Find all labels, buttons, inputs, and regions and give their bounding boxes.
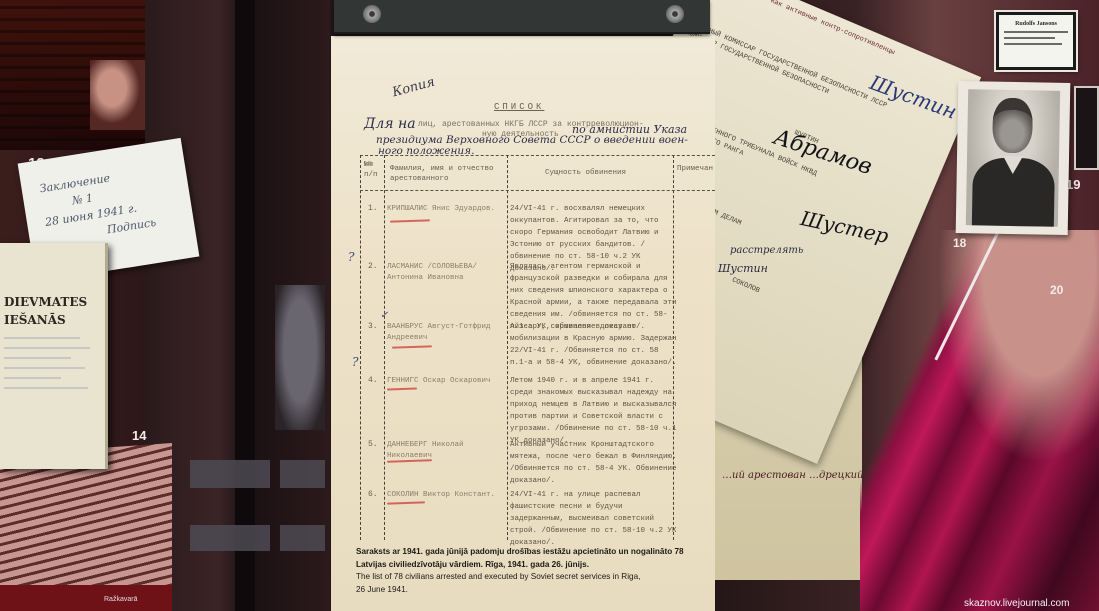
- death-notice-card: Rudolfs Jansons: [996, 12, 1076, 70]
- rivet-icon: [666, 5, 684, 23]
- row-number: 3.: [368, 322, 378, 331]
- row-name: ДАННЕБЕРГ Николай Николаевич: [387, 440, 507, 462]
- background-label-box: [190, 460, 270, 488]
- row-number: 2.: [368, 262, 378, 271]
- table-divider: [507, 155, 508, 540]
- exhibit-photo: Ražkavarā 12 14 Заключение № 1 28 июня 1…: [0, 0, 1099, 611]
- row-number: 5.: [368, 440, 378, 449]
- handwriting-line: [4, 357, 71, 359]
- caption-latvian: Saraksts ar 1941. gada jūnijā padomju dr…: [356, 546, 701, 571]
- row-name: ВААНБРУС Август-Готфрид Андреевич: [387, 322, 507, 344]
- handwritten-note: расстрелять: [730, 245, 803, 256]
- booklet-title-line: DIEVMATES: [4, 293, 99, 311]
- handwriting-line: [4, 387, 88, 389]
- exhibit-number: 14: [132, 428, 146, 443]
- row-charge: Летом 1940 г. и в апреле 1941 г. среди з…: [510, 375, 680, 447]
- row-charge: 24/VI-41 г. на улице распевал фашистские…: [510, 489, 680, 549]
- table-header-num: №№ п/п: [364, 160, 384, 180]
- portrait-photo: [956, 81, 1071, 235]
- old-booklet: DIEVMATES IEŠANĀS: [0, 243, 108, 469]
- background-photo-brick-wall: [0, 0, 145, 150]
- handwriting-line: [4, 367, 85, 369]
- handwriting-line: [4, 377, 61, 379]
- rivet-icon: [363, 5, 381, 23]
- row-charge: Активный участник Кронштадтского мятежа,…: [510, 439, 680, 487]
- background-label-box: [190, 525, 270, 551]
- row-number: 1.: [368, 204, 378, 213]
- document-heading: СПИСОК: [494, 102, 544, 112]
- margin-question-mark: ?: [352, 355, 358, 369]
- caption-english: The list of 78 civilians arrested and ex…: [356, 571, 701, 584]
- background-label-box: [280, 525, 325, 551]
- row-name: ГЕННИГС Оскар Оскарович: [387, 376, 507, 387]
- photo-frame-partial: [1074, 86, 1099, 170]
- watermark: skaznov.livejournal.com: [964, 598, 1069, 609]
- text-line: [1004, 37, 1055, 39]
- background-red-strip: [0, 585, 172, 611]
- table-divider: [360, 155, 361, 540]
- row-name: ЛАСМАНИС /СОЛОВЬЕВА/ Антонина Ивановна: [387, 262, 507, 284]
- table-header-note: Примечан: [677, 164, 713, 174]
- typed-text: СОКОЛОВ: [731, 276, 761, 295]
- caption-english: 26 June 1941.: [356, 584, 701, 597]
- background-small-caption: Ražkavarā: [104, 596, 137, 603]
- margin-check-mark: ✓: [380, 310, 388, 321]
- table-header-name: Фамилия, имя и отчество арестованного: [390, 164, 505, 184]
- handwriting-line: [4, 337, 80, 339]
- background-portrait-face: [275, 285, 325, 430]
- table-header-charge: Сущность обвинения: [545, 168, 626, 178]
- background-label-box: [280, 460, 325, 488]
- row-number: 4.: [368, 376, 378, 385]
- text-line: [1004, 31, 1068, 33]
- exhibit-caption: Saraksts ar 1941. gada jūnijā padomju dr…: [356, 546, 701, 596]
- text-line: [1004, 43, 1062, 45]
- death-notice-name: Rudolfs Jansons: [1004, 21, 1068, 27]
- handwriting-line: [4, 347, 90, 349]
- margin-question-mark: ?: [348, 250, 354, 264]
- exhibit-number: 18: [953, 236, 966, 250]
- exhibit-number: 20: [1050, 283, 1063, 297]
- portrait-head: [992, 98, 1033, 154]
- row-name: СОКОЛИН Виктор Констант.: [387, 490, 507, 501]
- table-divider: [384, 155, 385, 540]
- handwritten-note: Шустин: [718, 262, 768, 275]
- row-name: КРИПШАЛИС Янис Эдуардов.: [387, 204, 507, 215]
- row-number: 6.: [368, 490, 378, 499]
- table-header-divider: [360, 190, 715, 191]
- handwritten-text: Для на: [364, 116, 416, 132]
- row-charge: Айзсарг, скрывался в лесу от мобилизации…: [510, 321, 680, 369]
- booklet-title-line: IEŠANĀS: [4, 311, 99, 329]
- clipboard-bar: [334, 0, 710, 34]
